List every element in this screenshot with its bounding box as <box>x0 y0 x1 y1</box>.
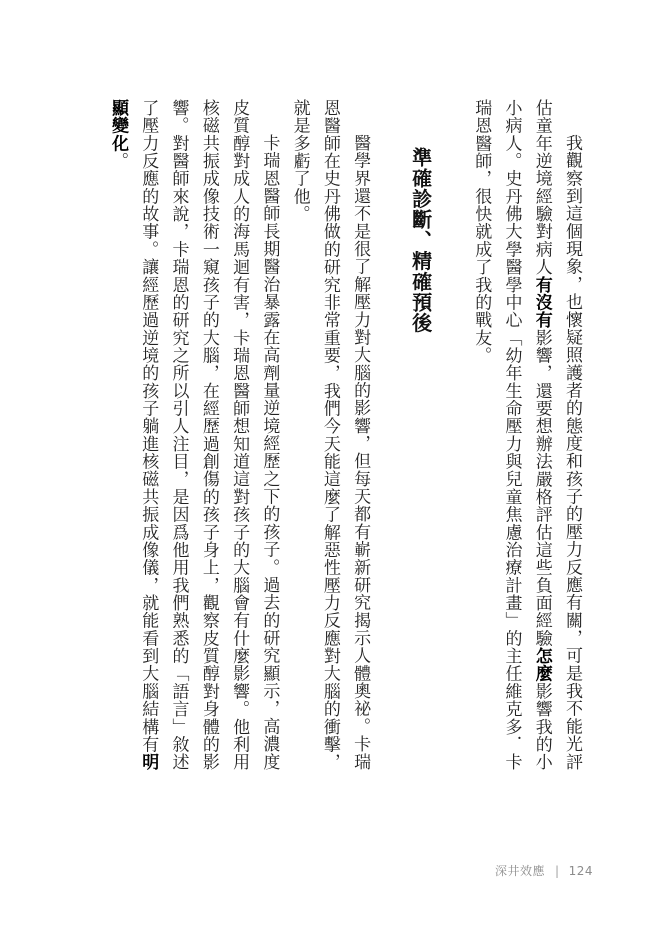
text-segment: 了壓力反應的故事。讓經歷過逆境的孩子躺進核磁共振成像儀，就能看到大腦結構有 <box>138 99 158 753</box>
text-column: 核磁共振成像技術一窺孩子的大腦，在經歷過創傷的孩子身上，觀察皮質醇對身體的影 <box>194 99 224 771</box>
bold-text-segment: 怎麼 <box>532 647 552 682</box>
text-column: 瑞恩醫師，很快就成了我的戰友。 <box>466 99 496 771</box>
text-column: 醫學界還不是很了解壓力對大腦的影響，但每天都有嶄新研究揭示人體奧祕。卡瑞 <box>345 99 375 771</box>
text-column: 響。對醫師來說，卡瑞恩的研究之所以引人注目，是因爲他用我們熟悉的「語言」敘述 <box>163 99 193 771</box>
text-segment: 皮質醇對成人的海馬迴有害，卡瑞恩醫師想知道這對孩子的大腦會有什麼影響。他利用 <box>229 99 249 771</box>
text-column: 卡瑞恩醫師長期醫治暴露在高劑量逆境經歷之下的孩子。過去的研究顯示，高濃度 <box>254 99 284 771</box>
footer-separator: | <box>555 864 560 878</box>
text-column: 估童年逆境經驗對病人有沒有影響，還要想辦法嚴格評估這些負面經驗怎麼影響我的小 <box>526 99 556 771</box>
text-segment: 就是多虧了他。 <box>290 99 310 223</box>
vertical-text-body: 我觀察到這個現象，也懷疑照護者的態度和孩子的壓力反應有關，可是我不能光評 估童年… <box>103 99 587 771</box>
text-column: 小病人。史丹佛大學醫學中心「幼年生命壓力與兒童焦慮治療計畫」的主任維克多．卡 <box>496 99 526 771</box>
text-column: 就是多虧了他。 <box>284 99 314 771</box>
text-column: 皮質醇對成人的海馬迴有害，卡瑞恩醫師想知道這對孩子的大腦會有什麼影響。他利用 <box>224 99 254 771</box>
text-segment: 估童年逆境經驗對病人 <box>532 99 552 276</box>
blank-column <box>436 99 466 771</box>
text-segment: 恩醫師在史丹佛做的研究非常重要，我們今天能這麼了解惡性壓力反應對大腦的衝擊， <box>320 99 340 771</box>
text-segment: 核磁共振成像技術一窺孩子的大腦，在經歷過創傷的孩子身上，觀察皮質醇對身體的影 <box>199 99 219 771</box>
text-segment: 瑞恩醫師，很快就成了我的戰友。 <box>471 99 491 364</box>
text-segment: 影響，還要想辦法嚴格評估這些負面經驗 <box>532 329 552 647</box>
text-segment: 卡瑞恩醫師長期醫治暴露在高劑量逆境經歷之下的孩子。過去的研究顯示，高濃度 <box>259 134 279 770</box>
blank-column <box>375 99 405 771</box>
text-column: 恩醫師在史丹佛做的研究非常重要，我們今天能這麼了解惡性壓力反應對大腦的衝擊， <box>315 99 345 771</box>
text-segment: 影響我的小 <box>532 682 552 770</box>
book-page: 我觀察到這個現象，也懷疑照護者的態度和孩子的壓力反應有關，可是我不能光評 估童年… <box>0 0 663 932</box>
text-column: 了壓力反應的故事。讓經歷過逆境的孩子躺進核磁共振成像儀，就能看到大腦結構有明 <box>133 99 163 771</box>
text-column: 我觀察到這個現象，也懷疑照護者的態度和孩子的壓力反應有關，可是我不能光評 <box>557 99 587 771</box>
bold-text-segment: 顯變化 <box>108 99 128 152</box>
bold-text-segment: 有沒有 <box>532 276 552 329</box>
page-footer: 深井效應|124 <box>495 862 593 879</box>
text-segment: 響。對醫師來說，卡瑞恩的研究之所以引人注目，是因爲他用我們熟悉的「語言」敘述 <box>169 99 189 771</box>
text-segment: 醫學界還不是很了解壓力對大腦的影響，但每天都有嶄新研究揭示人體奧祕。卡瑞 <box>350 134 370 770</box>
section-heading: 準確診斷、精確預後 <box>405 99 435 771</box>
text-column: 顯變化。 <box>103 99 133 771</box>
text-segment: 小病人。史丹佛大學醫學中心「幼年生命壓力與兒童焦慮治療計畫」的主任維克多．卡 <box>501 99 521 771</box>
text-segment: 。 <box>108 152 128 170</box>
text-segment: 我觀察到這個現象，也懷疑照護者的態度和孩子的壓力反應有關，可是我不能光評 <box>562 134 582 770</box>
running-title: 深井效應 <box>495 864 545 878</box>
bold-text-segment: 明 <box>138 753 158 771</box>
page-number: 124 <box>569 864 593 878</box>
